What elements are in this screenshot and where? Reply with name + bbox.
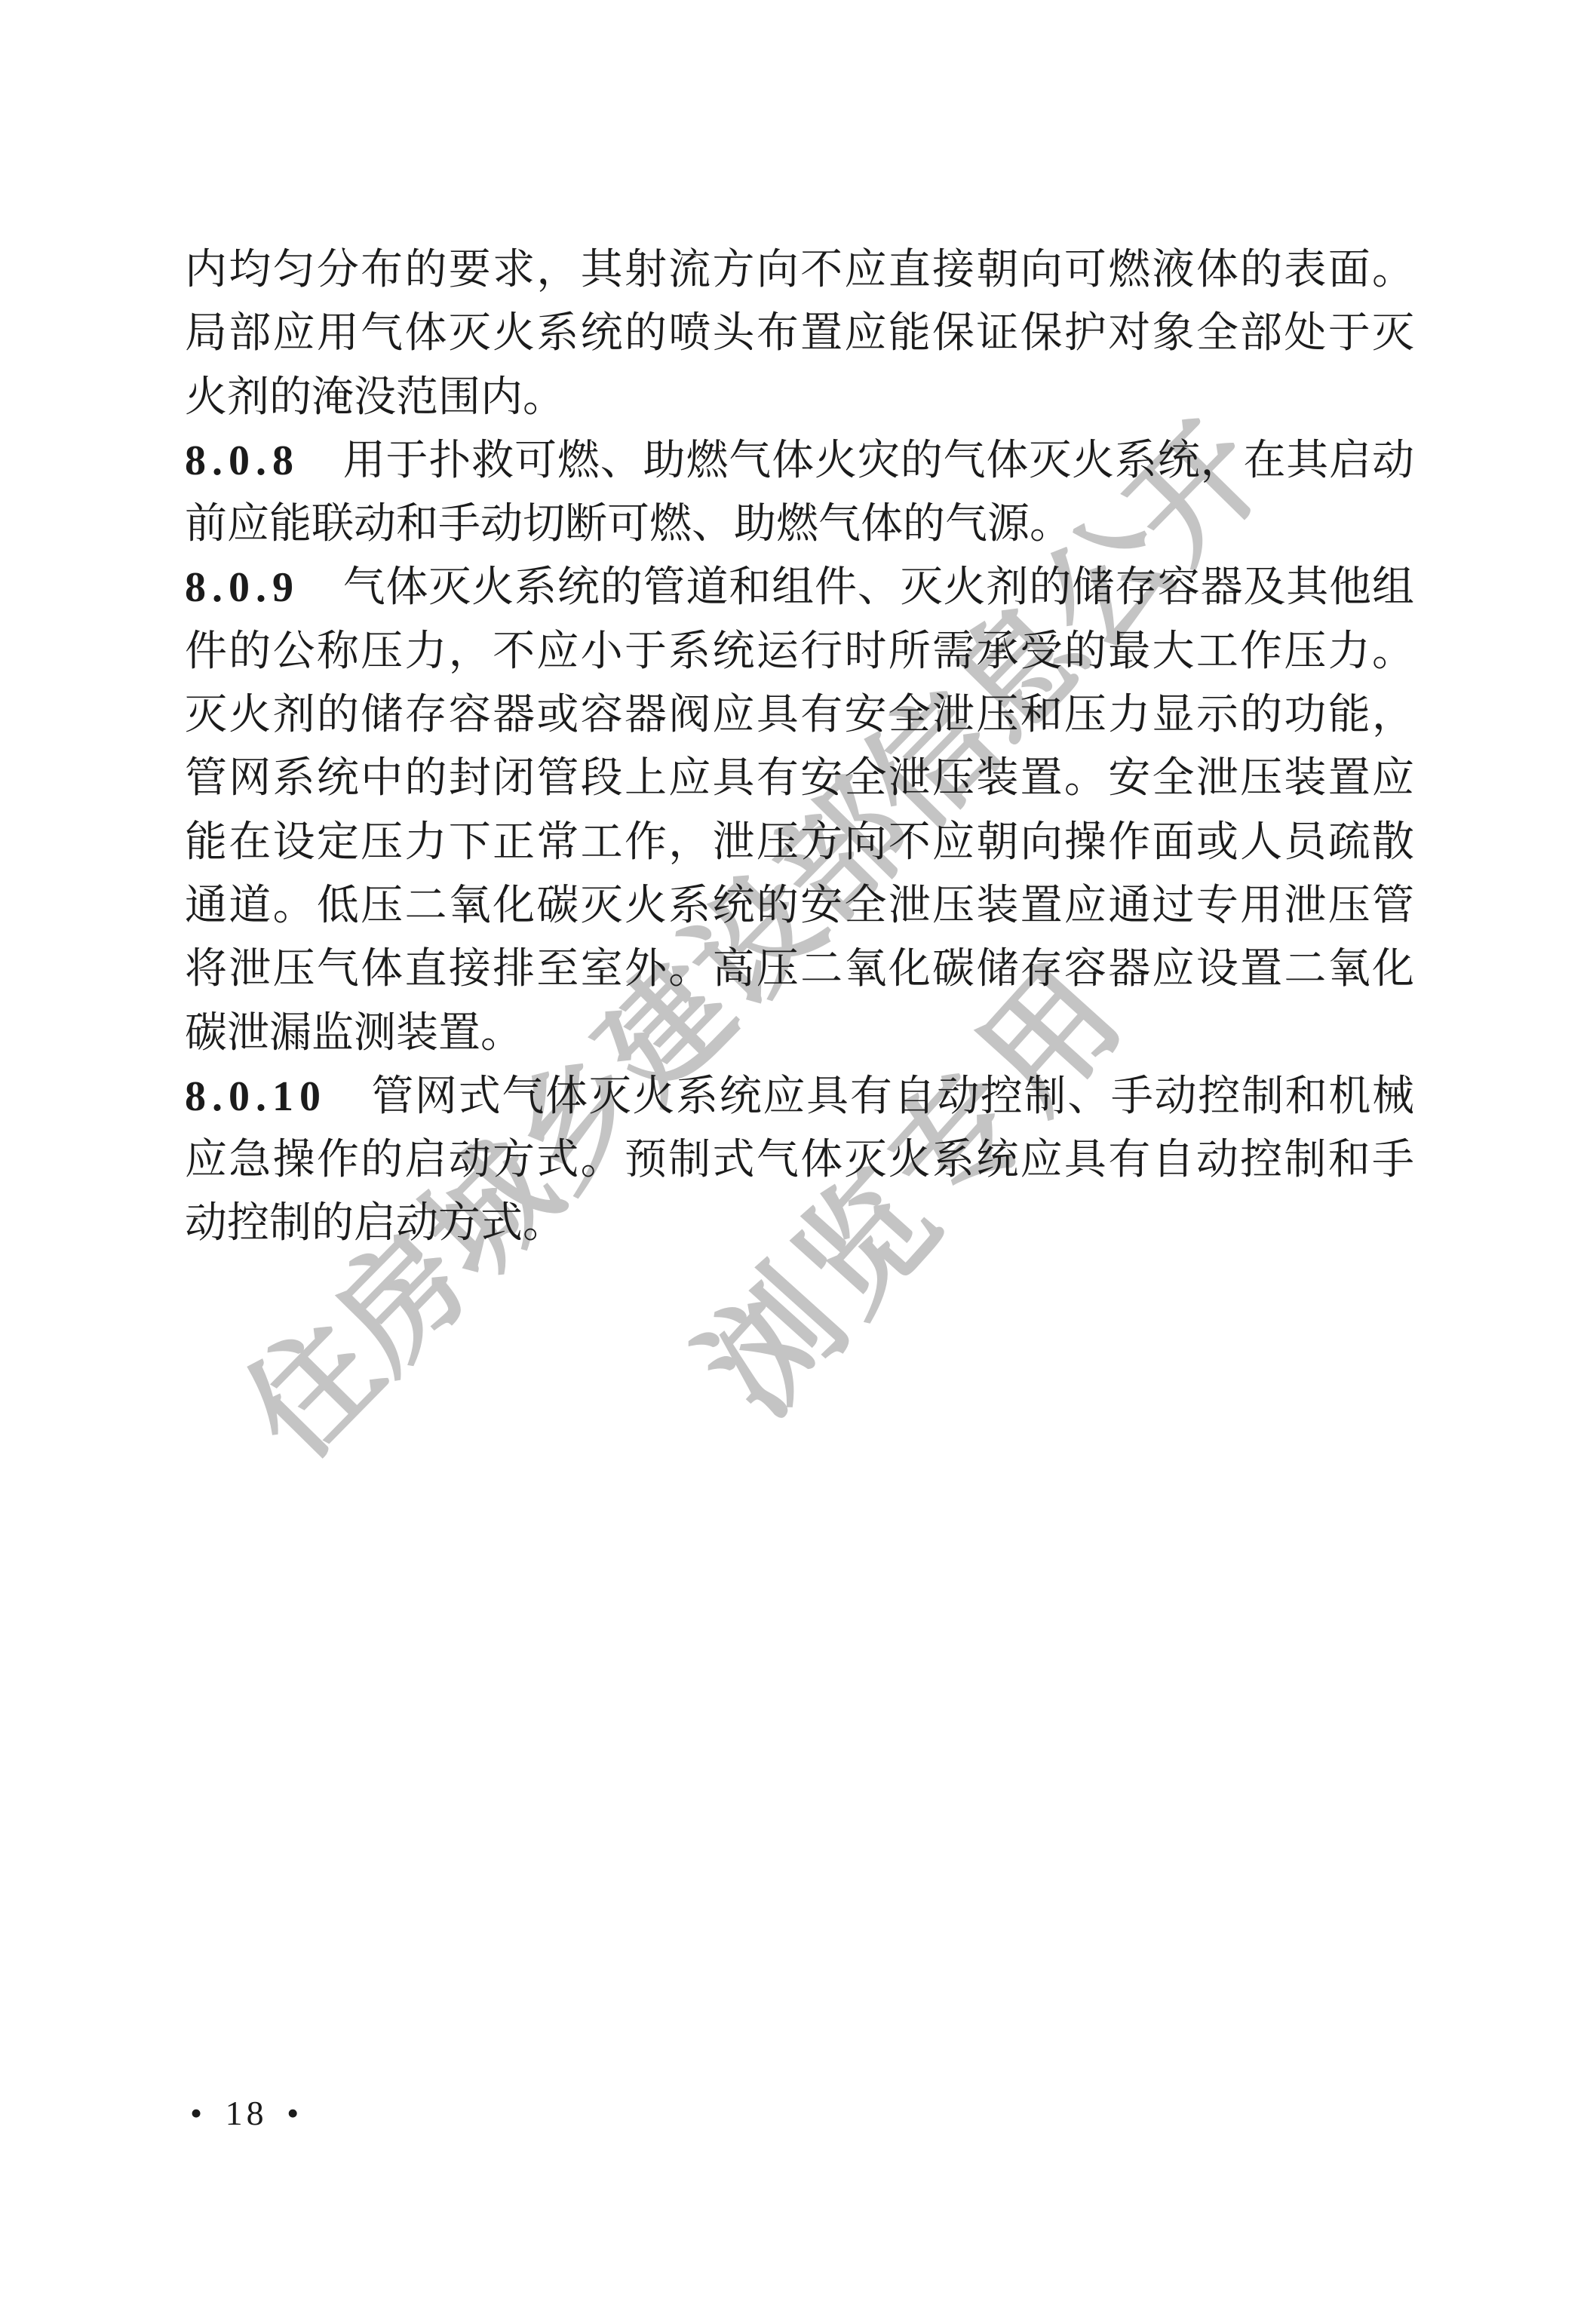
text-line: 灭火剂的储存容器或容器阀应具有安全泄压和压力显示的功能， [185,683,1414,747]
text-line: 管网系统中的封闭管段上应具有安全泄压装置。安全泄压装置应 [185,747,1414,810]
clause-number: 8.0.9 [185,564,299,611]
text-line: 内均匀分布的要求，其射流方向不应直接朝向可燃液体的表面。 [185,238,1414,302]
text-line: 火剂的淹没范围内。 [185,366,1414,429]
body-text-block: 内均匀分布的要求，其射流方向不应直接朝向可燃液体的表面。局部应用气体灭火系统的喷… [185,238,1414,1256]
clause-line: 8.0.9 气体灭火系统的管道和组件、灭火剂的储存容器及其他组 [185,556,1414,619]
text-line: 应急操作的启动方式。预制式气体灭火系统应具有自动控制和手 [185,1128,1414,1192]
page-number-footer: • 18 • [190,2091,302,2136]
text-line: 动控制的启动方式。 [185,1192,1414,1255]
clause-line: 8.0.8 用于扑救可燃、助燃气体火灾的气体灭火系统，在其启动 [185,429,1414,493]
clause-number: 8.0.8 [185,437,299,484]
text-line: 能在设定压力下正常工作，泄压方向不应朝向操作面或人员疏散 [185,811,1414,874]
text-line: 通道。低压二氧化碳灭火系统的安全泄压装置应通过专用泄压管 [185,874,1414,938]
text-line: 前应能联动和手动切断可燃、助燃气体的气源。 [185,493,1414,556]
text-line: 局部应用气体灭火系统的喷头布置应能保证保护对象全部处于灭 [185,302,1414,365]
clause-line: 8.0.10 管网式气体灭火系统应具有自动控制、手动控制和机械 [185,1065,1414,1128]
clause-number: 8.0.10 [185,1073,327,1120]
text-line: 将泄压气体直接排至室外。高压二氧化碳储存容器应设置二氧化 [185,938,1414,1001]
text-line: 件的公称压力，不应小于系统运行时所需承受的最大工作压力。 [185,620,1414,683]
text-line: 碳泄漏监测装置。 [185,1002,1414,1065]
document-page: 住房城乡建设部信息公开 浏览专用 内均匀分布的要求，其射流方向不应直接朝向可燃液… [0,0,1596,2314]
